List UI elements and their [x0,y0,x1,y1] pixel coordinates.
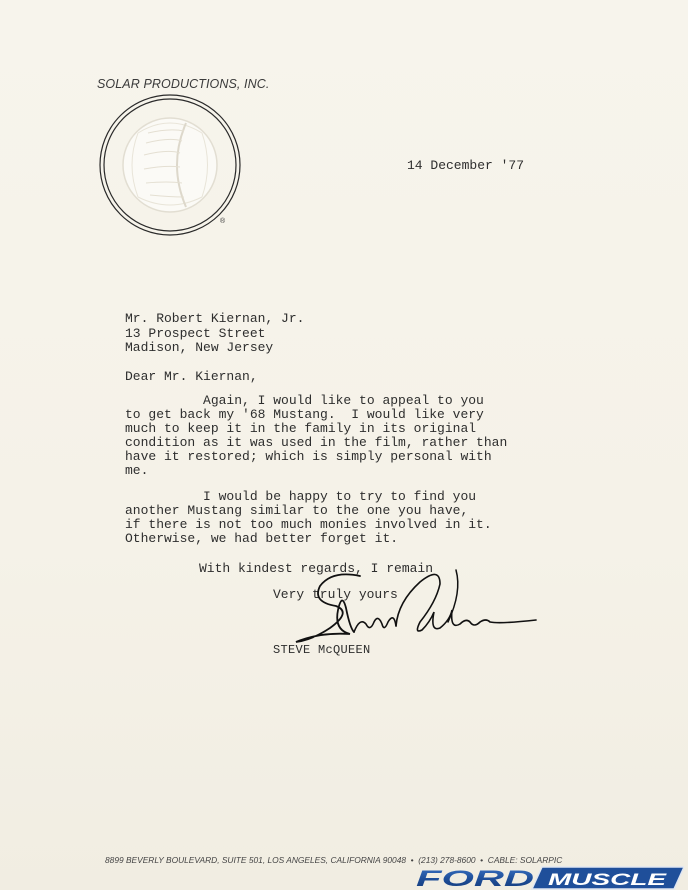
company-name: SOLAR PRODUCTIONS, INC. [97,77,269,91]
recipient-street: 13 Prospect Street [125,326,265,341]
solar-embossed-seal-icon: ® [98,93,246,241]
handwritten-signature-icon [290,562,540,652]
salutation: Dear Mr. Kiernan, [125,369,258,384]
registered-mark: ® [220,217,226,225]
watermark-ford: FORD [416,866,534,890]
ford-muscle-logo: FORD MUSCLE [412,866,684,890]
body-paragraph: I would be happy to try to find you anot… [125,490,492,546]
signer-name: STEVE McQUEEN [273,643,371,657]
recipient-address: Mr. Robert Kiernan, Jr. 13 Prospect Stre… [125,312,304,356]
recipient-name: Mr. Robert Kiernan, Jr. [125,311,304,326]
recipient-city: Madison, New Jersey [125,340,273,355]
footer-address: 8899 BEVERLY BOULEVARD, SUITE 501, LOS A… [105,855,562,865]
letter-date: 14 December '77 [407,158,524,173]
body-paragraph: Again, I would like to appeal to you to … [125,394,507,479]
watermark-muscle: MUSCLE [548,870,667,889]
